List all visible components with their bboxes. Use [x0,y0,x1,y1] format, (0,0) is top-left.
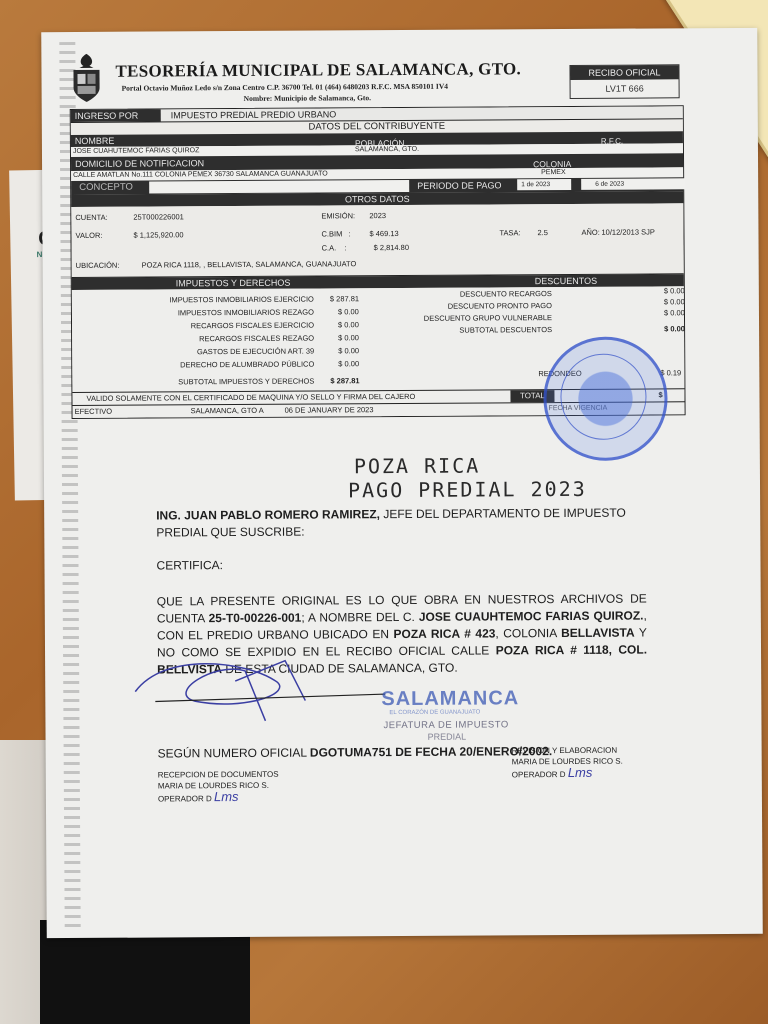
impuesto-label: IMPUESTOS INMOBILIARIOS EJERCICIO [169,295,314,305]
cbim-value: $ 469.13 [369,229,398,238]
periodo-desde: 1 de 2023 [517,179,571,190]
cuenta-value: 25T000226001 [133,212,184,221]
cert-text-4: , COLONIA [495,626,561,640]
oficial-pre: SEGÚN NUMERO OFICIAL [158,746,310,761]
impuesto-amount: $ 0.00 [338,359,359,368]
tasa-value: 2.5 [537,228,547,237]
impuesto-amount: $ 0.00 [338,320,359,329]
impuesto-label: RECARGOS FISCALES EJERCICIO [191,321,314,331]
impuesto-amount: $ 0.00 [338,346,359,355]
impuesto-label: IMPUESTOS INMOBILIARIOS REZAGO [178,308,314,318]
treasury-title: TESORERÍA MUNICIPAL DE SALAMANCA, GTO. [115,59,521,81]
descuento-amount: $ 0.00 [664,297,685,306]
valor-value: $ 1,125,920.00 [133,230,183,239]
operator-left-title: OPERADOR D [158,794,212,803]
ca-label: C.A. : [322,243,347,252]
cert-predio: POZA RICA # 423 [393,626,495,641]
descuento-label: DESCUENTO RECARGOS [460,289,552,299]
salamanca-seal: SALAMANCA EL CORAZÓN DE GUANAJUATO JEFAT… [377,647,518,752]
treasury-stamp [543,336,668,461]
ano-value: 10/12/2013 SJP [601,227,654,236]
concepto-label: CONCEPTO [79,181,133,195]
operator-left: RECEPCION DE DOCUMENTOS MARIA DE LOURDES… [158,769,279,805]
impuesto-label: GASTOS DE EJECUCIÓN ART. 39 [197,347,314,357]
impuestos-subtotal-label: SUBTOTAL IMPUESTOS Y DERECHOS [178,377,314,387]
treasury-name-line: Nombre: Municipio de Salamanca, Gto. [244,93,371,103]
cert-text-2: ; A NOMBRE DEL C. [301,610,419,625]
periodo-label: PERIODO DE PAGO [417,178,501,193]
handwritten-line-2: PAGO PREDIAL 2023 [348,477,587,502]
colonia-value: PEMEX [541,168,566,178]
operator-right: REVISION Y ELABORACION MARIA DE LOURDES … [512,745,623,781]
impuesto-amount: $ 287.81 [330,294,359,303]
recibo-number: LV1T 666 [571,79,679,98]
cbim-label: C.BIM : [321,229,350,238]
operator-right-title: OPERADOR D [512,770,566,779]
signer-paragraph: ING. JUAN PABLO ROMERO RAMIREZ, JEFE DEL… [156,505,646,542]
impuesto-amount: $ 0.00 [338,307,359,316]
ano-label: AÑO: [581,228,599,237]
signer-name: ING. JUAN PABLO ROMERO RAMIREZ, [156,507,380,522]
descuentos-subtotal-label: SUBTOTAL DESCUENTOS [459,325,552,335]
valor-label: VALOR: [75,231,102,240]
emision-label: EMISIÓN: [321,211,355,220]
recibo-oficial-box: RECIBO OFICIAL LV1T 666 [569,64,679,99]
descuentos-title: DESCUENTOS [535,275,597,287]
cuenta-label: CUENTA: [75,213,107,222]
cert-colonia: BELLAVISTA [561,626,635,640]
forma-pago: EFECTIVO [75,406,113,418]
cert-cuenta: 25-T0-00226-001 [209,611,302,626]
handwritten-line-1: POZA RICA [354,454,481,479]
treasury-address: Portal Octavio Muñoz Ledo s/n Zona Centr… [122,82,448,93]
descuento-label: DESCUENTO PRONTO PAGO [448,301,552,311]
operator-left-initials: Lms [214,789,239,804]
descuento-amount: $ 0.00 [664,308,685,317]
certifica-label: CERTIFICA: [156,555,646,575]
ubicacion-label: UBICACIÓN: [76,261,120,270]
fecha: 06 DE JANUARY DE 2023 [285,404,374,417]
descuentos-subtotal-value: $ 0.00 [664,324,685,333]
operator-right-initials: Lms [568,765,593,780]
poblacion-value: SALAMANCA, GTO. [355,145,419,155]
concepto-value [149,180,409,194]
ca-value: $ 2,814.80 [374,243,410,252]
seal-dept: JEFATURA DE IMPUESTO [383,719,508,731]
seal-tagline: EL CORAZÓN DE GUANAJUATO [389,710,480,717]
nombre-label: NOMBRE [75,135,115,147]
ingreso-value: IMPUESTO PREDIAL PREDIO URBANO [171,108,337,121]
document-page: TESORERÍA MUNICIPAL DE SALAMANCA, GTO. P… [41,28,763,938]
otros-datos-section: CUENTA: 25T000226001 EMISIÓN: 2023 VALOR… [71,203,683,278]
seal-dept-2: PREDIAL [428,732,467,742]
tasa-label: TASA: [499,228,520,237]
emision-value: 2023 [369,211,386,220]
descuento-label: DESCUENTO GRUPO VULNERABLE [424,313,552,323]
impuesto-label: RECARGOS FISCALES REZAGO [199,334,314,344]
impuestos-subtotal-value: $ 287.81 [330,376,359,385]
impuesto-label: DERECHO DE ALUMBRADO PÚBLICO [180,360,314,370]
domicilio-label: DOMICILIO DE NOTIFICACION [75,156,204,171]
operator-right-role: REVISION Y ELABORACION [512,745,623,757]
impuesto-amount: $ 0.00 [338,333,359,342]
recibo-label: RECIBO OFICIAL [570,65,678,80]
municipal-coat-of-arms-icon [69,52,103,104]
seal-name: SALAMANCA [381,687,519,711]
ubicacion-value: POZA RICA 1118, , BELLAVISTA, SALAMANCA,… [142,259,357,269]
lugar: SALAMANCA, GTO A [191,405,264,417]
impuestos-title: IMPUESTOS Y DERECHOS [176,277,291,290]
handwritten-signature [125,630,386,732]
descuento-amount: $ 0.00 [664,286,685,295]
operator-left-role: RECEPCION DE DOCUMENTOS [158,769,279,781]
ingreso-label: INGRESO POR [71,109,161,122]
cert-nombre: JOSE CUAUHTEMOC FARIAS QUIROZ. [419,609,644,624]
periodo-hasta: 6 de 2023 [581,178,685,190]
